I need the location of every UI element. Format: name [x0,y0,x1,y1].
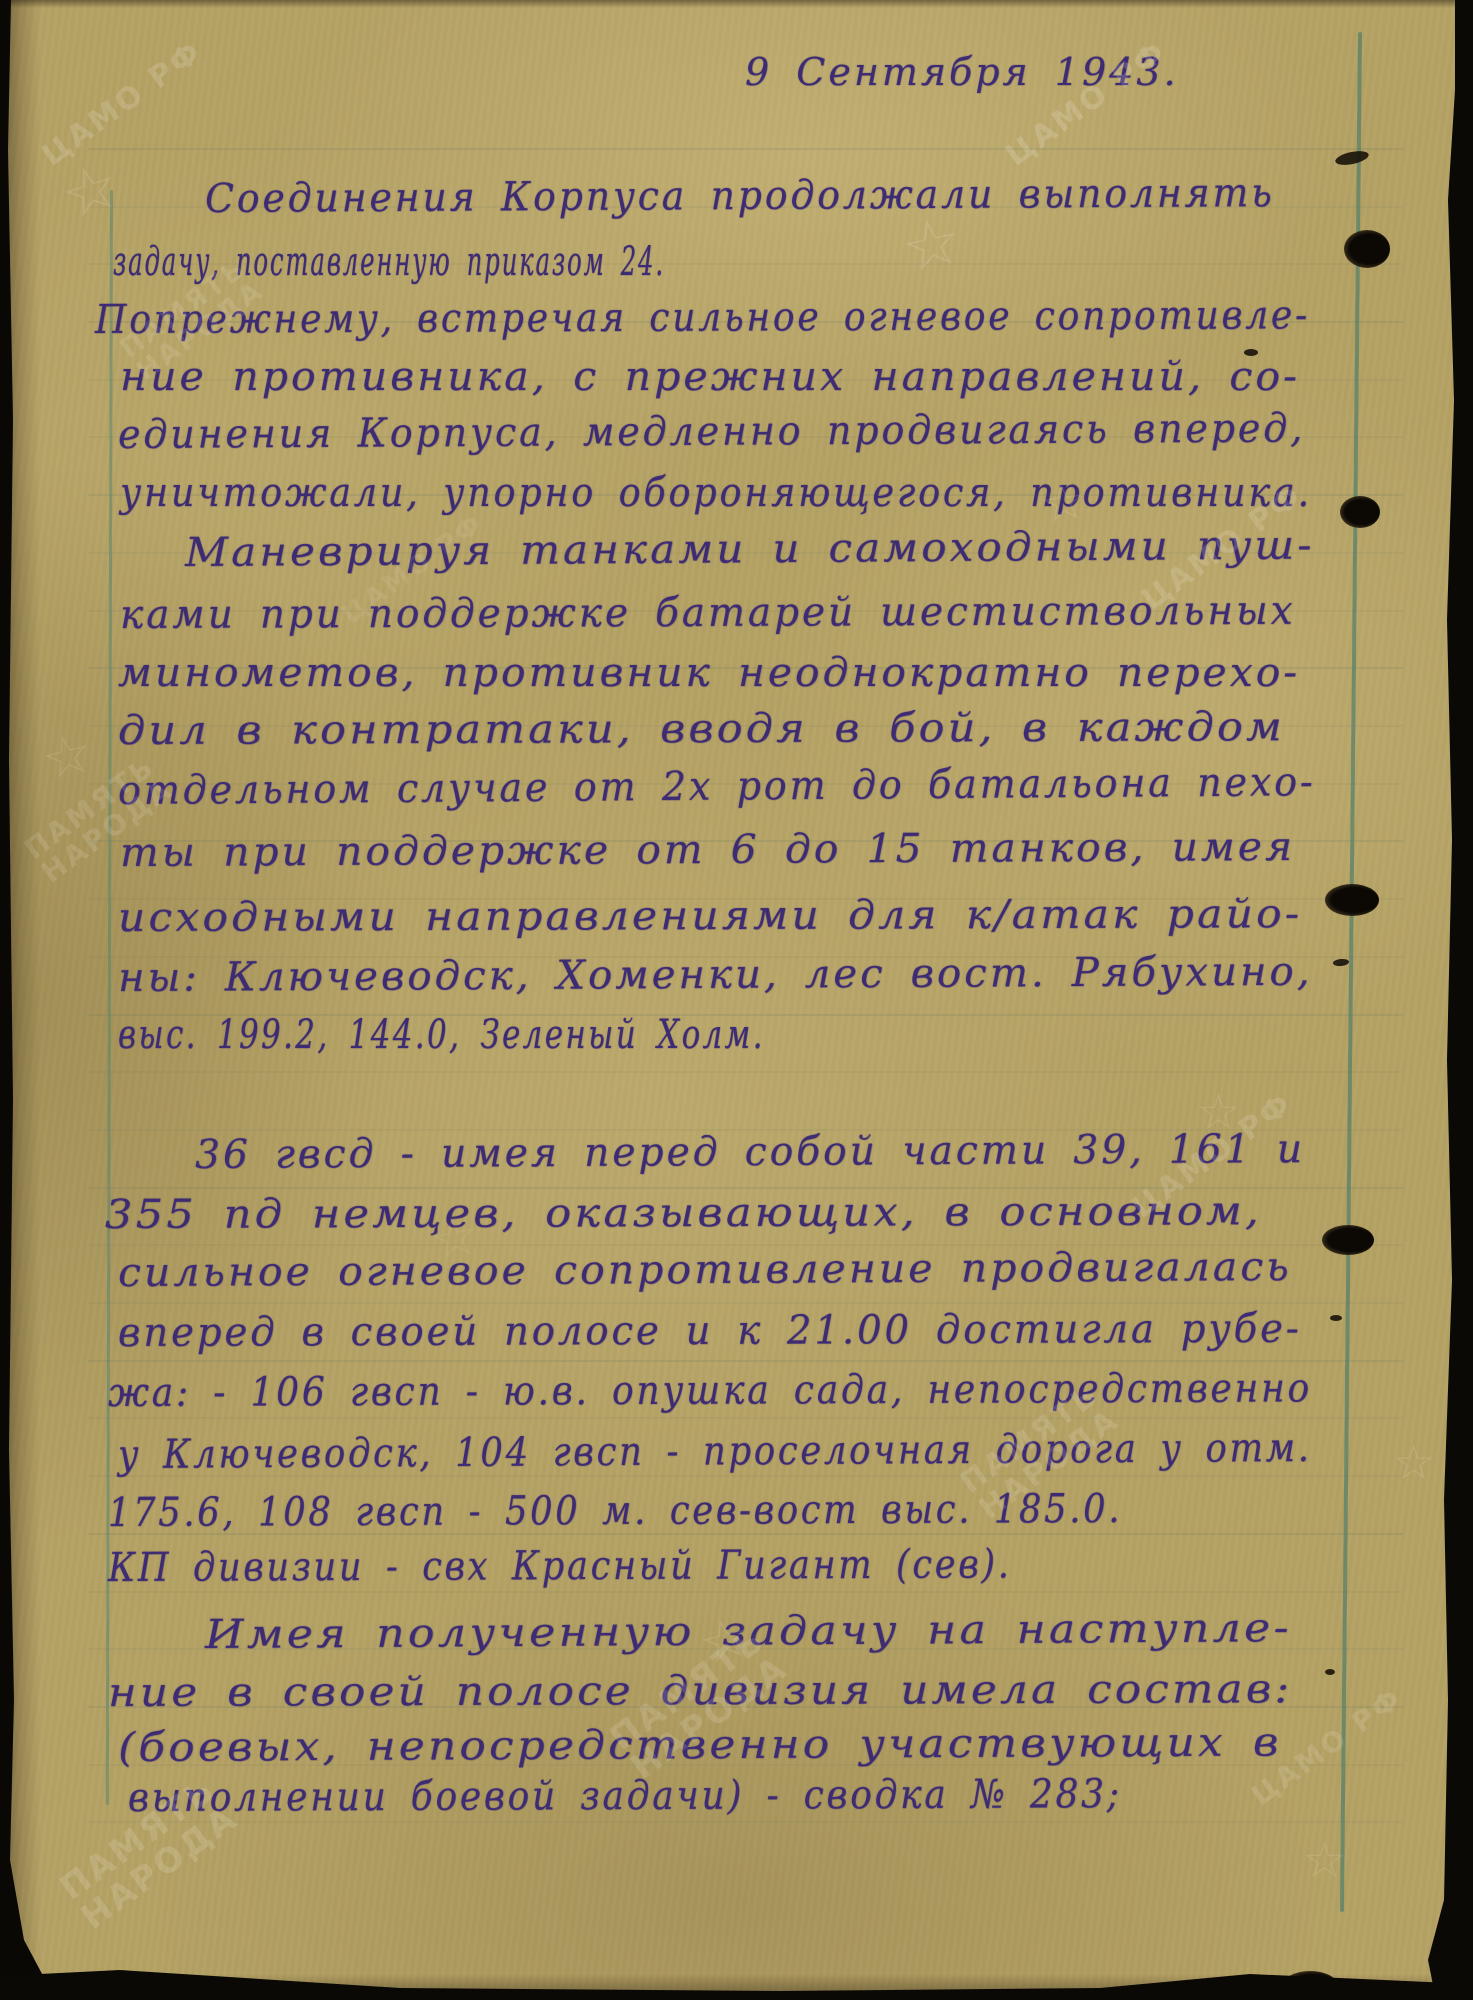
ink-smudge [1244,349,1258,356]
page-corner-bottom-left [0,1925,72,2000]
star-watermark-icon: ☆ [53,150,131,233]
archive-watermark: ЦАМО РФ [37,35,209,172]
ink-smudge [1333,958,1350,966]
handwritten-line: Имея полученную задачу на наступле- [205,1606,1292,1657]
handwritten-line: ние противника, с прежних направлений, с… [120,355,1300,399]
ruled-line [88,1071,1403,1073]
ruled-line [88,1821,1403,1823]
ruled-line [88,1417,1403,1419]
handwritten-line: ны: Ключеводск, Хоменки, лес вост. Рябух… [118,950,1313,1000]
handwritten-line: жа: - 106 гвсп - ю.в. опушка сада, непос… [108,1366,1312,1415]
handwritten-line: у Ключеводск, 104 гвсп - проселочная дор… [118,1426,1312,1477]
handwritten-line: сильное огневое сопротивление продвигала… [118,1245,1292,1295]
ink-smudge [1330,1315,1342,1321]
handwritten-line: 36 гвсд - имея перед собой части 39, 161… [195,1127,1305,1177]
punch-hole [1282,1971,1338,2000]
star-watermark-icon: ☆ [1392,1438,1438,1488]
date-heading: 9 Сентября 1943. [745,52,1179,94]
punch-hole [1340,496,1380,528]
ink-smudge [1334,149,1370,168]
handwritten-line: Маневрируя танками и самоходными пуш- [185,523,1315,575]
handwritten-line: исходными направлениями для к/атак райо- [118,892,1302,940]
ink-smudge [1325,1669,1335,1675]
punch-hole [1344,230,1390,268]
handwritten-line: 355 пд немцев, оказывающих, в основном, [105,1189,1262,1237]
ruled-line [88,1591,1403,1593]
punch-hole [1322,1225,1374,1255]
ruled-line [88,148,1403,150]
handwritten-line: Соединения Корпуса продолжали выполнять [205,171,1275,221]
handwritten-line: дил в контратаки, вводя в бой, в каждом [118,705,1285,753]
handwritten-line: Попрежнему, встречая сильное огневое соп… [95,293,1310,342]
handwritten-line: задачу, поставленную приказом 24. [113,240,665,284]
handwritten-line: единения Корпуса, медленно продвигаясь в… [118,406,1305,457]
star-watermark-icon: ☆ [36,722,102,792]
handwritten-line: ками при поддержке батарей шестиствольны… [120,589,1296,637]
ruled-line [88,1302,1403,1304]
handwritten-line: ние в своей полосе дивизия имела состав: [108,1667,1293,1715]
page-shadow-bottom [0,1974,1473,2000]
handwritten-line: выс. 199.2, 144.0, Зеленый Холм. [118,1013,765,1057]
handwritten-line: КП дивизии - свх Красный Гигант (сев). [108,1542,1012,1590]
handwritten-line: 175.6, 108 гвсп - 500 м. сев-вост выс. 1… [108,1487,1122,1535]
handwritten-line: (боевых, непосредственно участвующих в [118,1720,1282,1770]
right-margin-line [1340,32,1362,1912]
handwritten-line: отдельном случае от 2х рот до батальона … [118,760,1316,813]
handwritten-line: вперед в своей полосе и к 21.00 достигла… [118,1307,1302,1355]
page-shadow-left [0,0,40,2000]
handwritten-line: минометов, противник неоднократно перехо… [118,651,1300,695]
page-shadow-top [0,0,1473,8]
punch-hole [1325,884,1379,916]
document-page: 9 Сентября 1943. Соединения Корпуса прод… [0,0,1473,2000]
handwritten-line: ты при поддержке от 6 до 15 танков, имея [120,825,1295,875]
handwritten-line: выполнении боевой задачи) - сводка № 283… [128,1772,1122,1820]
handwritten-line: уничтожали, упорно обороняющегося, проти… [120,471,1312,515]
ruled-line [88,1360,1403,1362]
